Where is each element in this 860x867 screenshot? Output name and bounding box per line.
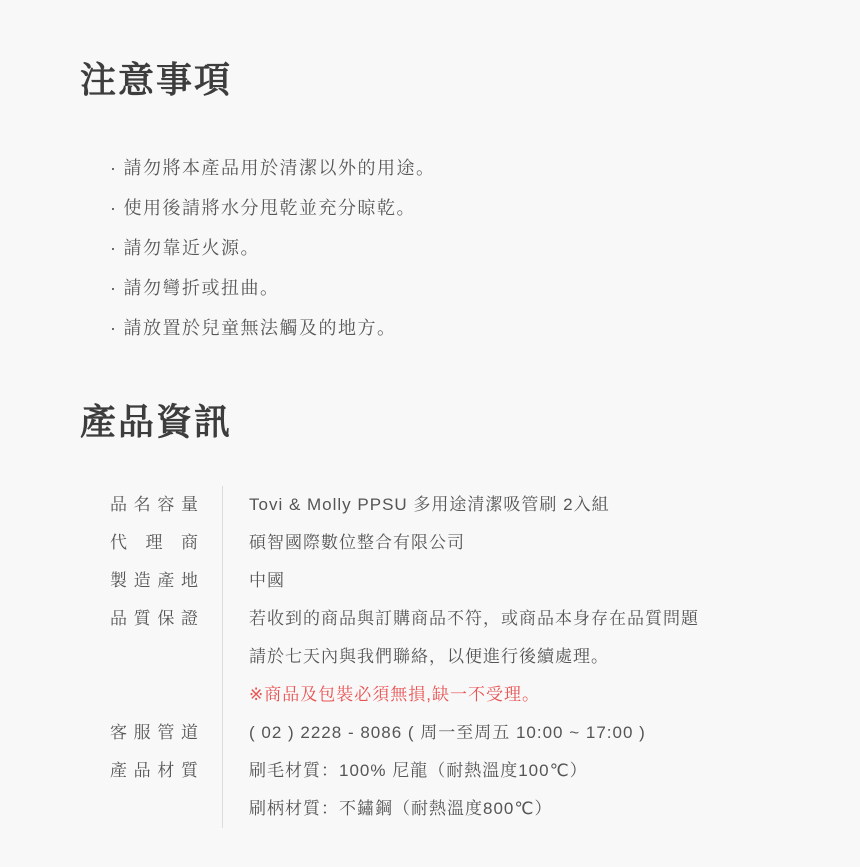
notice-item: · 請放置於兒童無法觸及的地方。 [110, 308, 820, 348]
value-line: 碩智國際數位整合有限公司 [249, 524, 820, 562]
notice-text: 請勿將本產品用於清潔以外的用途。 [124, 148, 436, 188]
row-value: 中國 [222, 562, 820, 600]
row-label: 代理商 [110, 524, 198, 562]
section-notices: 注意事項 · 請勿將本產品用於清潔以外的用途。 · 使用後請將水分甩乾並充分晾乾… [80, 56, 820, 348]
value-line: 中國 [249, 562, 820, 600]
value-line: 若收到的商品與訂購商品不符，或商品本身存在品質問題 [249, 600, 820, 638]
row-value: 刷毛材質：100% 尼龍（耐熱溫度100℃） 刷柄材質：不鏽鋼（耐熱溫度800℃… [222, 752, 820, 828]
bullet-icon: · [110, 148, 118, 188]
value-line: Tovi & Molly PPSU 多用途清潔吸管刷 2入組 [249, 486, 820, 524]
notice-text: 請放置於兒童無法觸及的地方。 [124, 308, 397, 348]
notice-text: 請勿靠近火源。 [124, 228, 261, 268]
notice-text: 請勿彎折或扭曲。 [124, 268, 280, 308]
notice-item: · 請勿靠近火源。 [110, 228, 820, 268]
notices-list: · 請勿將本產品用於清潔以外的用途。 · 使用後請將水分甩乾並充分晾乾。 · 請… [110, 148, 820, 348]
row-label: 品質保證 [110, 600, 198, 638]
row-value: 若收到的商品與訂購商品不符，或商品本身存在品質問題 請於七天內與我們聯絡，以便進… [222, 600, 820, 714]
value-line: ( 02 ) 2228 - 8086 ( 周一至周五 10:00 ~ 17:00… [249, 714, 820, 752]
row-label: 客服管道 [110, 714, 198, 752]
notice-item: · 請勿彎折或扭曲。 [110, 268, 820, 308]
notices-title: 注意事項 [80, 56, 820, 104]
row-value: 碩智國際數位整合有限公司 [222, 524, 820, 562]
row-value: Tovi & Molly PPSU 多用途清潔吸管刷 2入組 [222, 486, 820, 524]
value-line: 刷毛材質：100% 尼龍（耐熱溫度100℃） [249, 752, 820, 790]
bullet-icon: · [110, 228, 118, 268]
product-detail-page: 注意事項 · 請勿將本產品用於清潔以外的用途。 · 使用後請將水分甩乾並充分晾乾… [0, 0, 860, 867]
section-product-info: 產品資訊 品名容量 Tovi & Molly PPSU 多用途清潔吸管刷 2入組… [80, 398, 820, 828]
warning-line: ※商品及包裝必須無損,缺一不受理。 [249, 676, 820, 714]
bullet-icon: · [110, 268, 118, 308]
notice-item: · 請勿將本產品用於清潔以外的用途。 [110, 148, 820, 188]
value-line: 刷柄材質：不鏽鋼（耐熱溫度800℃） [249, 790, 820, 828]
product-info-title: 產品資訊 [80, 398, 820, 446]
bullet-icon: · [110, 308, 118, 348]
row-label: 製造產地 [110, 562, 198, 600]
bullet-icon: · [110, 188, 118, 228]
value-line: 請於七天內與我們聯絡，以便進行後續處理。 [249, 638, 820, 676]
row-value: ( 02 ) 2228 - 8086 ( 周一至周五 10:00 ~ 17:00… [222, 714, 820, 752]
notice-item: · 使用後請將水分甩乾並充分晾乾。 [110, 188, 820, 228]
notice-text: 使用後請將水分甩乾並充分晾乾。 [124, 188, 417, 228]
product-info-table: 品名容量 Tovi & Molly PPSU 多用途清潔吸管刷 2入組 代理商 … [110, 486, 820, 828]
row-label: 品名容量 [110, 486, 198, 524]
row-label: 產品材質 [110, 752, 198, 790]
